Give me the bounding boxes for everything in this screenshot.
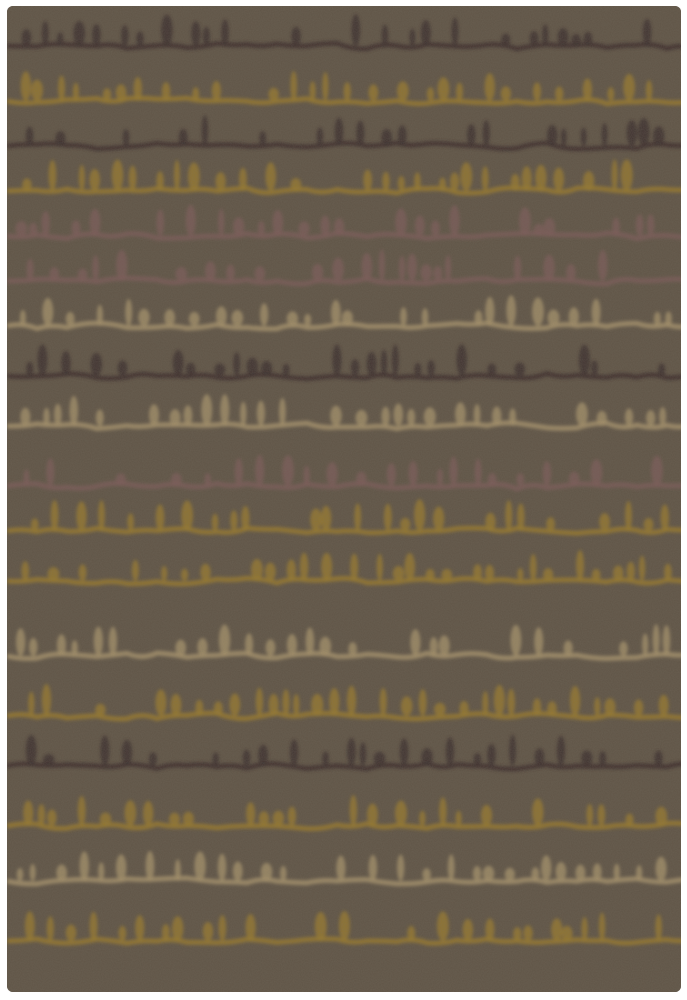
rug-pattern bbox=[7, 6, 681, 992]
rug-photo bbox=[7, 6, 681, 992]
